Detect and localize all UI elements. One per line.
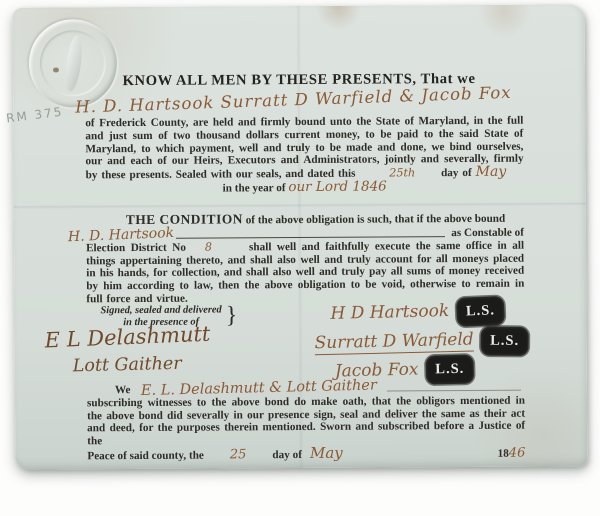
- blank-space: [343, 457, 498, 458]
- blank-rule: [386, 390, 521, 392]
- affidavit-body: subscribing witnesses to the above bond …: [87, 394, 525, 448]
- ink-speck: [53, 67, 59, 72]
- affidavit-month-handwritten: May: [310, 447, 343, 460]
- month-handwritten: May: [476, 164, 507, 180]
- condition-heading-rest: of the above obligation is such, that if…: [246, 213, 506, 227]
- affidavit-day-of-label: day of: [272, 449, 302, 462]
- year-prefix-printed: 18: [498, 448, 509, 460]
- constable-name-handwritten: H. D. Hartsook: [68, 227, 175, 244]
- condition-heading: THE CONDITION: [126, 211, 243, 227]
- condition-section: THE CONDITION of the above obligation is…: [86, 212, 525, 306]
- embossed-seal-icon: [29, 19, 118, 108]
- signature-warfield: Surratt D Warfield: [314, 329, 474, 355]
- constable-label: as Constable of: [451, 227, 524, 240]
- affidavit-date-label: Peace of said county, the: [87, 450, 204, 464]
- district-number-handwritten: 8: [205, 240, 212, 253]
- affidavit-day-handwritten: 25: [230, 449, 247, 462]
- bond-paragraph: of Frederick County, are held and firmly…: [85, 115, 523, 197]
- scanned-document-image: KNOW ALL MEN BY THESE PRESENTS, That we …: [0, 0, 600, 516]
- signature-hartsook: H D Hartsook: [330, 301, 449, 324]
- bond-paragraph-text: of Frederick County, are held and firmly…: [85, 115, 523, 183]
- affidavit-year: 1846: [498, 448, 526, 461]
- year-line-label: in the year of: [223, 183, 286, 195]
- affidavit-we-label: We: [87, 384, 131, 397]
- brace-icon: }: [226, 302, 238, 329]
- affidavit-section: We E. L. Delashmutt & Lott Gaither subsc…: [87, 381, 525, 463]
- ls-seal-icon: L.S.: [456, 296, 505, 327]
- day-of-label: day of: [441, 167, 472, 179]
- year-line: in the year of our Lord 1846: [86, 180, 524, 196]
- blank-rule: [176, 236, 445, 239]
- year-handwritten: our Lord 1846: [288, 179, 387, 196]
- day-handwritten: 25th: [389, 166, 415, 179]
- signature-row: H D Hartsook L.S.: [330, 297, 504, 327]
- attestation-line-1: Signed, sealed and delivered: [100, 304, 221, 316]
- witness-signature-delashmutt: E L Delashmutt: [44, 322, 211, 353]
- signature-row: Surratt D Warfield L.S.: [315, 327, 529, 357]
- ls-seal-icon: L.S.: [481, 326, 529, 356]
- affidavit-date-line: Peace of said county, the 25 day of May …: [87, 446, 525, 463]
- year-suffix-handwritten: 46: [509, 446, 526, 461]
- bond-document-sheet: KNOW ALL MEN BY THESE PRESENTS, That we …: [13, 4, 588, 469]
- witness-signature-gaither: Lott Gaither: [73, 354, 182, 377]
